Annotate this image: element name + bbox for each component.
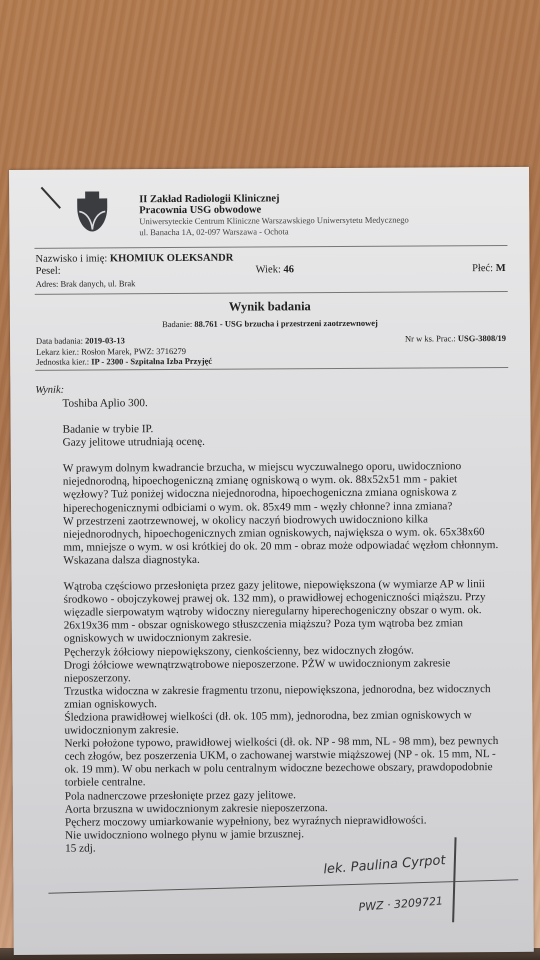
institution-address: ul. Banacha 1A, 02-097 Warszawa - Ochota [139,226,408,239]
institution-line3: Uniwersyteckie Centrum Kliniczne Warszaw… [139,215,408,228]
sex-label: Płeć: [472,263,493,274]
pesel-label: Pesel: [36,266,61,277]
address-value: Brak danych, ul. Brak [60,278,135,288]
book-label: Nr w ks. Prac.: [405,333,456,343]
result-body: Toshiba Aplio 300. Badanie w trybie IP. … [62,395,505,856]
divider [35,291,508,295]
date-value: 2019-03-13 [85,335,125,345]
date-label: Data badania: [36,336,83,346]
sex-value: M [496,263,506,274]
result-label: Wynik: [35,385,64,396]
bile-ducts-finding: Drogi żółciowe wewnątrzwątrobowe nieposz… [64,657,504,686]
age-label: Wiek: [256,264,281,275]
exam-label: Badanie: [162,319,192,329]
liver-finding: Wątroba częściowo przesłonięta przez gaz… [64,578,504,646]
unit-label: Jednostka kier.: [36,357,89,367]
doctor-label: Lekarz kier.: [36,346,79,356]
patient-name: KHOMIUK OLEKSANDR [110,253,233,265]
exam-line: Badanie: 88.761 - USG brzucha i przestrz… [10,317,530,330]
spleen-finding: Śledziona prawidłowej wielkości (dł. ok.… [64,709,504,738]
finding-paragraph-2: W przestrzeni zaotrzewnowej, w okolicy n… [63,513,503,555]
exam-value: 88.761 - USG brzucha i przestrzeni zaotr… [194,318,377,329]
signature-line [48,879,518,894]
divider [35,367,508,371]
doctor-value: Rosłon Marek, PWZ: 3716279 [81,345,186,356]
handwritten-pwz: PWZ · 3209721 [358,894,443,913]
address-label: Adres: [36,279,59,289]
pen-mark [41,187,61,209]
institution-header: II Zakład Radiologii Klinicznej Pracowni… [139,193,409,239]
patient-info: Nazwisko i imię: KHOMIUK OLEKSANDR Pesel… [36,251,506,290]
unit-value: IP - 2300 - Szpitalna Izba Przyjęć [91,356,212,367]
kidneys-finding: Nerki położone typowo, prawidłowej wielk… [64,735,504,790]
exam-meta: Data badania: 2019-03-13 Lekarz kier.: R… [36,333,506,367]
name-label: Nazwisko i imię: [36,253,108,264]
report-title: Wynik badania [10,298,530,316]
hospital-logo-icon [69,191,115,231]
age-value: 46 [283,264,294,275]
divider [34,245,507,249]
pancreas-finding: Trzustka widoczna w zakresie fragmentu t… [64,683,504,712]
finding-paragraph-1: W prawym dolnym kwadrancie brzucha, w mi… [63,460,503,515]
book-value: USG-3808/19 [458,333,506,343]
handwritten-signature: lek. Paulina Cyrpot [323,853,446,877]
medical-report-document: II Zakład Radiologii Klinicznej Pracowni… [9,167,534,955]
